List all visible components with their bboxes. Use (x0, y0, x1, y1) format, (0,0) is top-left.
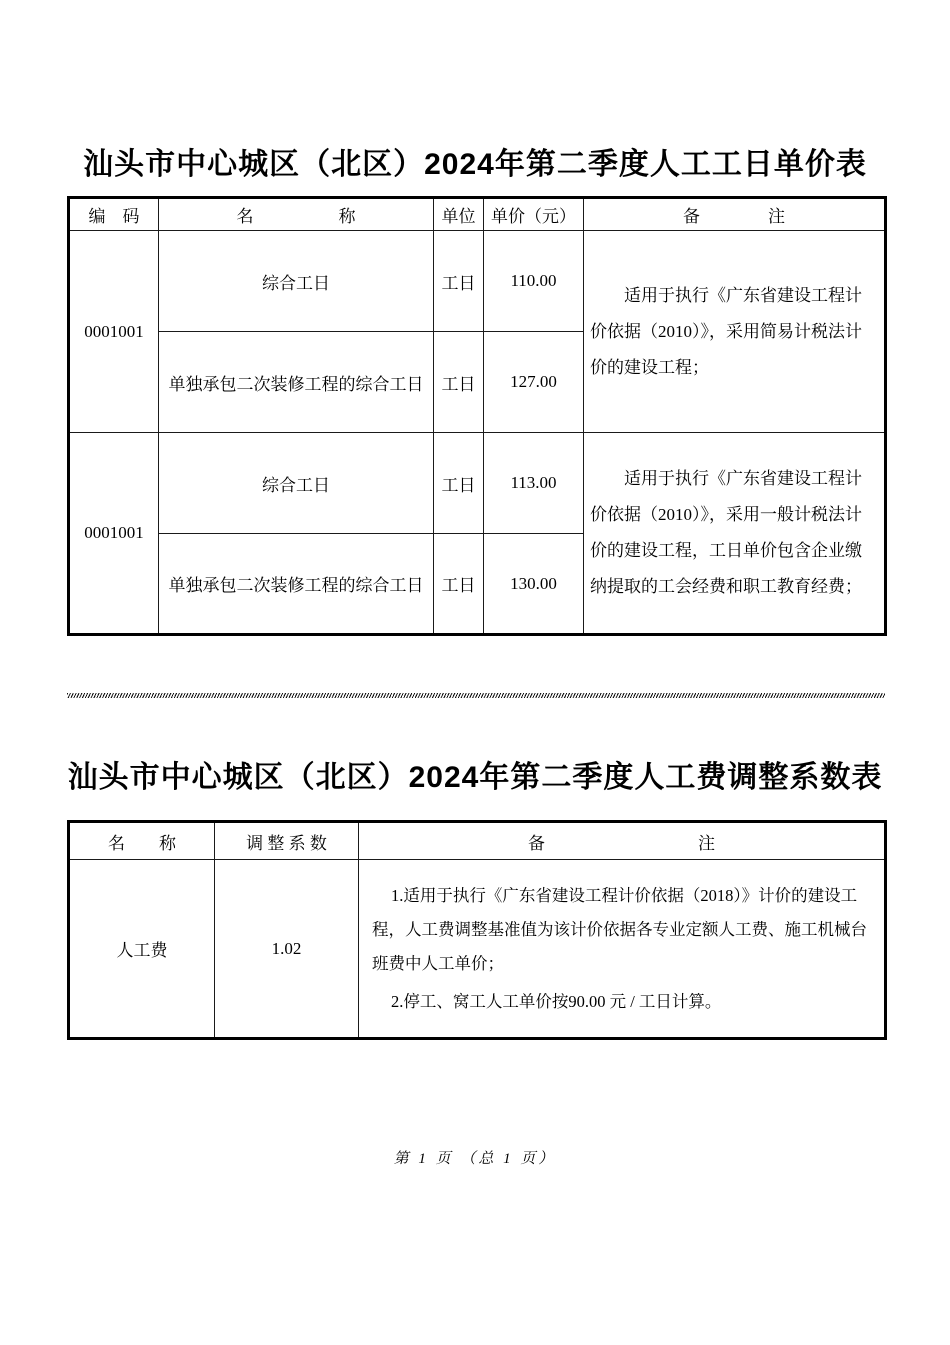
unit-cell: 工日 (434, 231, 484, 332)
page-number: 第 1 页 （总 1 页） (0, 1147, 950, 1168)
price-cell: 113.00 (484, 433, 584, 534)
unit-cell: 工日 (434, 433, 484, 534)
document-page: 汕头市中心城区（北区）2024年第二季度人工工日单价表 编 码 名 称 单位 单… (0, 0, 950, 1345)
daywage-table-title: 汕头市中心城区（北区）2024年第二季度人工工日单价表 (0, 139, 950, 183)
coefficient-header-row: 名 称 调 整 系 数 备 注 (69, 822, 886, 860)
note-text: 适用于执行《广东省建设工程计价依据（2010）》，采用简易计税法计价的建设工程； (590, 278, 878, 386)
table-row: 0001001 综合工日 工日 113.00 适用于执行《广东省建设工程计价依据… (69, 433, 886, 534)
coefficient-table-title: 汕头市中心城区（北区）2024年第二季度人工费调整系数表 (0, 752, 950, 796)
price-cell: 130.00 (484, 534, 584, 635)
header-price: 单价（元） (484, 198, 584, 231)
unit-cell: 工日 (434, 534, 484, 635)
note-cell: 适用于执行《广东省建设工程计价依据（2010）》，采用一般计税法计价的建设工程，… (584, 433, 886, 635)
name-cell: 单独承包二次装修工程的综合工日 (159, 332, 434, 433)
header-code: 编 码 (69, 198, 159, 231)
header-name: 名 称 (69, 822, 215, 860)
note-item-1: 1.适用于执行《广东省建设工程计价依据（2018）》计价的建设工程，人工费调整基… (372, 879, 874, 981)
coefficient-table: 名 称 调 整 系 数 备 注 人工费 1.02 1.适用于执行《广东省建设工程… (67, 820, 887, 1040)
section-divider (67, 693, 885, 698)
code-cell: 0001001 (69, 231, 159, 433)
price-cell: 127.00 (484, 332, 584, 433)
table-row: 人工费 1.02 1.适用于执行《广东省建设工程计价依据（2018）》计价的建设… (69, 860, 886, 1039)
unit-cell: 工日 (434, 332, 484, 433)
price-cell: 110.00 (484, 231, 584, 332)
name-cell: 人工费 (69, 860, 215, 1039)
note-cell: 1.适用于执行《广东省建设工程计价依据（2018）》计价的建设工程，人工费调整基… (359, 860, 886, 1039)
table-row: 0001001 综合工日 工日 110.00 适用于执行《广东省建设工程计价依据… (69, 231, 886, 332)
name-cell: 单独承包二次装修工程的综合工日 (159, 534, 434, 635)
code-cell: 0001001 (69, 433, 159, 635)
daywage-header-row: 编 码 名 称 单位 单价（元） 备 注 (69, 198, 886, 231)
note-text: 适用于执行《广东省建设工程计价依据（2010）》，采用一般计税法计价的建设工程，… (590, 461, 878, 605)
note-item-2: 2.停工、窝工人工单价按90.00 元 / 工日计算。 (372, 985, 874, 1019)
name-cell: 综合工日 (159, 231, 434, 332)
header-name: 名 称 (159, 198, 434, 231)
note-cell: 适用于执行《广东省建设工程计价依据（2010）》，采用简易计税法计价的建设工程； (584, 231, 886, 433)
daywage-table: 编 码 名 称 单位 单价（元） 备 注 0001001 综合工日 工日 110… (67, 196, 887, 636)
coefficient-cell: 1.02 (215, 860, 359, 1039)
header-note: 备 注 (359, 822, 886, 860)
header-coefficient: 调 整 系 数 (215, 822, 359, 860)
header-note: 备 注 (584, 198, 886, 231)
name-cell: 综合工日 (159, 433, 434, 534)
header-unit: 单位 (434, 198, 484, 231)
